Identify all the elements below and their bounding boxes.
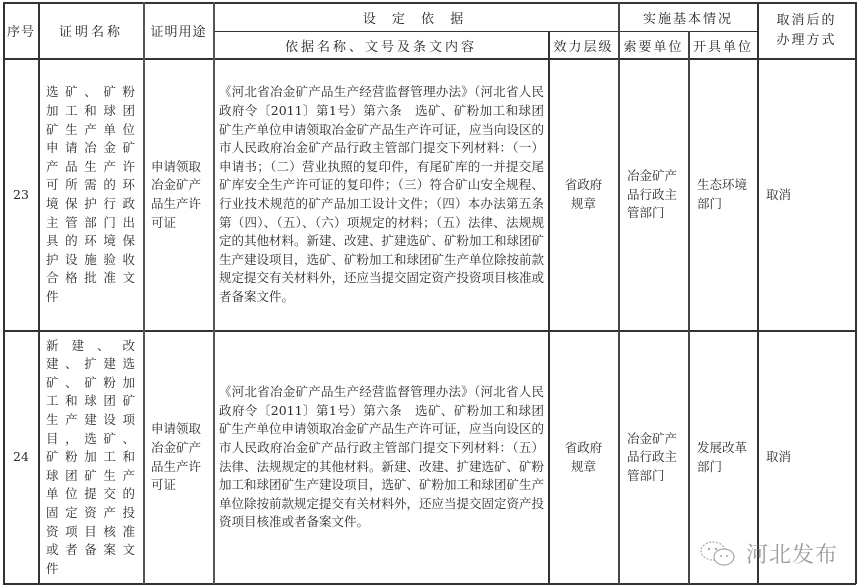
header-basis-content-label: 依据名称、文号及条文内容 — [285, 36, 477, 55]
row-requesting-unit: 冶金矿产品行政主管部门 — [627, 430, 682, 486]
header-cert-use-label: 证明用途 — [150, 21, 206, 40]
row-effect-level: 省政府规章 — [561, 439, 606, 476]
table-row-1-basis-content: 《河北省冶金矿产品生产经营监督管理办法》（河北省人民政府令〔2011〕第1号）第… — [214, 332, 548, 583]
table-row-0-cert-name: 选矿、矿粉加工和球团矿生产单位申请冶金矿产品生产许可所需的环境保护行政主管部门出… — [39, 60, 143, 330]
table-row-0-requesting-unit: 冶金矿产品行政主管部门 — [619, 60, 688, 330]
table-row-0-seq: 23 — [4, 60, 38, 330]
header-after-cancel: 取消后的办理方式 — [758, 3, 855, 58]
header-basis-group: 设 定 依 据 — [214, 3, 618, 31]
row-after-cancel: 取消 — [766, 186, 791, 205]
row-cert-name: 新建、改建、扩建选矿、矿粉加工和球团矿生产建设项目，选矿、矿粉加工和球团矿生产单… — [46, 337, 138, 579]
watermark: 河北发布 — [698, 538, 838, 569]
row-seq: 24 — [13, 448, 29, 467]
table-row-1-requesting-unit: 冶金矿产品行政主管部门 — [619, 332, 688, 583]
header-issuing-unit-label: 开具单位 — [693, 36, 753, 55]
header-impl-group-label: 实施基本情况 — [643, 8, 733, 27]
table-row-0-effect-level: 省政府规章 — [549, 60, 618, 330]
table-row-1-cert-name: 新建、改建、扩建选矿、矿粉加工和球团矿生产建设项目，选矿、矿粉加工和球团矿生产单… — [39, 332, 143, 583]
row-cert-name: 选矿、矿粉加工和球团矿生产单位申请冶金矿产品生产许可所需的环境保护行政主管部门出… — [46, 83, 138, 306]
row-cert-use: 申请领取冶金矿产品生产许可证 — [151, 420, 208, 494]
table-row-0-basis-content: 《河北省冶金矿产品生产经营监督管理办法》（河北省人民政府令〔2011〕第1号）第… — [214, 60, 548, 330]
header-basis-group-label: 设 定 依 据 — [363, 8, 469, 27]
header-effect-level: 效力层级 — [549, 32, 618, 58]
row-cert-use: 申请领取冶金矿产品生产许可证 — [151, 158, 208, 232]
row-issuing-unit: 发展改革部门 — [697, 439, 751, 476]
header-impl-group: 实施基本情况 — [619, 3, 757, 31]
header-cert-use: 证明用途 — [144, 3, 213, 58]
row-basis-content: 《河北省冶金矿产品生产经营监督管理办法》（河北省人民政府令〔2011〕第1号）第… — [219, 83, 544, 306]
table-row-1-effect-level: 省政府规章 — [549, 332, 618, 583]
row-seq: 23 — [13, 186, 29, 205]
header-cert-name-label: 证明名称 — [59, 21, 123, 40]
table-row-1-cert-use: 申请领取冶金矿产品生产许可证 — [144, 332, 213, 583]
header-cert-name: 证明名称 — [39, 3, 143, 58]
wechat-icon — [698, 539, 740, 569]
row-basis-content: 《河北省冶金矿产品生产经营监督管理办法》（河北省人民政府令〔2011〕第1号）第… — [219, 383, 544, 532]
header-seq: 序号 — [4, 3, 38, 58]
header-after-cancel-label: 取消后的办理方式 — [776, 11, 837, 51]
watermark-text: 河北发布 — [746, 538, 838, 569]
header-seq-label: 序号 — [7, 21, 35, 40]
row-effect-level: 省政府规章 — [561, 176, 606, 213]
header-effect-level-label: 效力层级 — [553, 36, 613, 55]
row-requesting-unit: 冶金矿产品行政主管部门 — [627, 167, 682, 223]
row-issuing-unit: 生态环境部门 — [697, 176, 751, 213]
header-requesting-unit-label: 索要单位 — [623, 36, 683, 55]
table-row-0-after-cancel: 取消 — [758, 60, 855, 330]
header-requesting-unit: 索要单位 — [619, 32, 688, 58]
table-row-0-issuing-unit: 生态环境部门 — [689, 60, 757, 330]
row-after-cancel: 取消 — [766, 448, 791, 467]
certificate-table: 序号 证明名称 证明用途 设 定 依 据 依据名称、文号及条文内容 效力层级 实… — [0, 0, 859, 588]
table-row-0-cert-use: 申请领取冶金矿产品生产许可证 — [144, 60, 213, 330]
header-issuing-unit: 开具单位 — [689, 32, 757, 58]
table-border-bottom — [3, 583, 856, 585]
table-row-1-seq: 24 — [4, 332, 38, 583]
header-basis-content: 依据名称、文号及条文内容 — [214, 32, 548, 58]
col-border-8 — [855, 2, 857, 584]
